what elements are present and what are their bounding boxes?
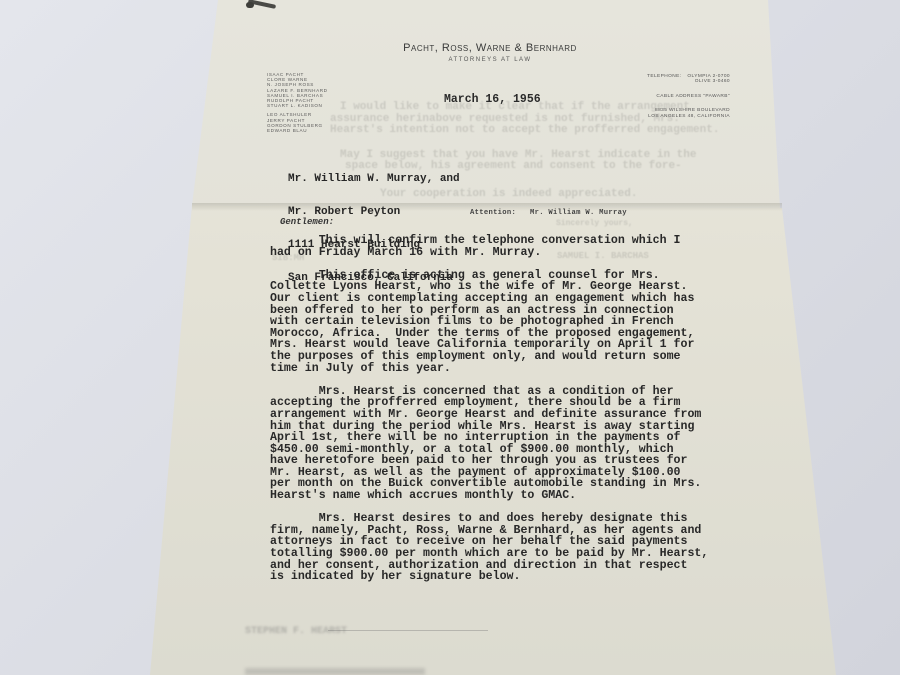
bleed-through-text: Sincerely yours, (556, 219, 633, 228)
firm-name: Pacht, Ross, Warne & Bernhard (385, 42, 595, 54)
attention-line: Attention: Mr. William W. Murray (470, 209, 627, 217)
paragraph: This office is acting as general counsel… (270, 270, 790, 374)
partner-name: Stuart L. Kadison (267, 103, 328, 108)
text-line: totalling $900.00 per month which are to… (270, 548, 790, 560)
letter-body: This will confirm the telephone conversa… (270, 235, 790, 594)
partner-list: Isaac Pacht Clore Warne N. Joseph Ross L… (267, 72, 328, 133)
text-line: had on Friday March 16 with Mr. Murray. (270, 247, 790, 259)
text-line: time in July of this year. (270, 363, 790, 375)
letter-date: March 16, 1956 (444, 93, 541, 106)
paragraph: Mrs. Hearst desires to and does hereby d… (270, 513, 790, 583)
paragraph: This will confirm the telephone conversa… (270, 235, 790, 258)
text-line: This will confirm the telephone conversa… (270, 235, 790, 247)
text-line: the purposes of this employment only, an… (270, 351, 790, 363)
addressee-line: Mr. William W. Murray, and (288, 174, 460, 185)
telephone-number: Olive 3-0460 (695, 79, 730, 84)
text-line: with certain television films to be phot… (270, 316, 790, 328)
text-line: is indicated by her signature below. (270, 571, 790, 583)
associate-name: Edward Blau (267, 128, 328, 133)
signature-line (328, 630, 488, 631)
text-line: Our client is contemplating accepting an… (270, 293, 790, 305)
telephone-label: Telephone: (647, 74, 681, 79)
signature-bleed-bar (245, 668, 425, 675)
salutation: Gentlemen: (280, 217, 334, 227)
bleed-through-text: Hearst's intention not to accept the pro… (330, 124, 719, 136)
signature-name-bleed: STEPHEN F. HEARST (245, 626, 347, 637)
paragraph: Mrs. Hearst is concerned that as a condi… (270, 386, 790, 502)
text-line: April 1st, there will be no interruption… (270, 432, 790, 444)
staple-end-icon (246, 2, 254, 8)
text-line: Hearst's name which accrues monthly to G… (270, 490, 790, 502)
cable-address: Cable Address "PAWARB" (610, 94, 730, 99)
text-line: arrangement with Mr. George Hearst and d… (270, 409, 790, 421)
firm-subtitle: Attorneys at Law (385, 57, 595, 63)
